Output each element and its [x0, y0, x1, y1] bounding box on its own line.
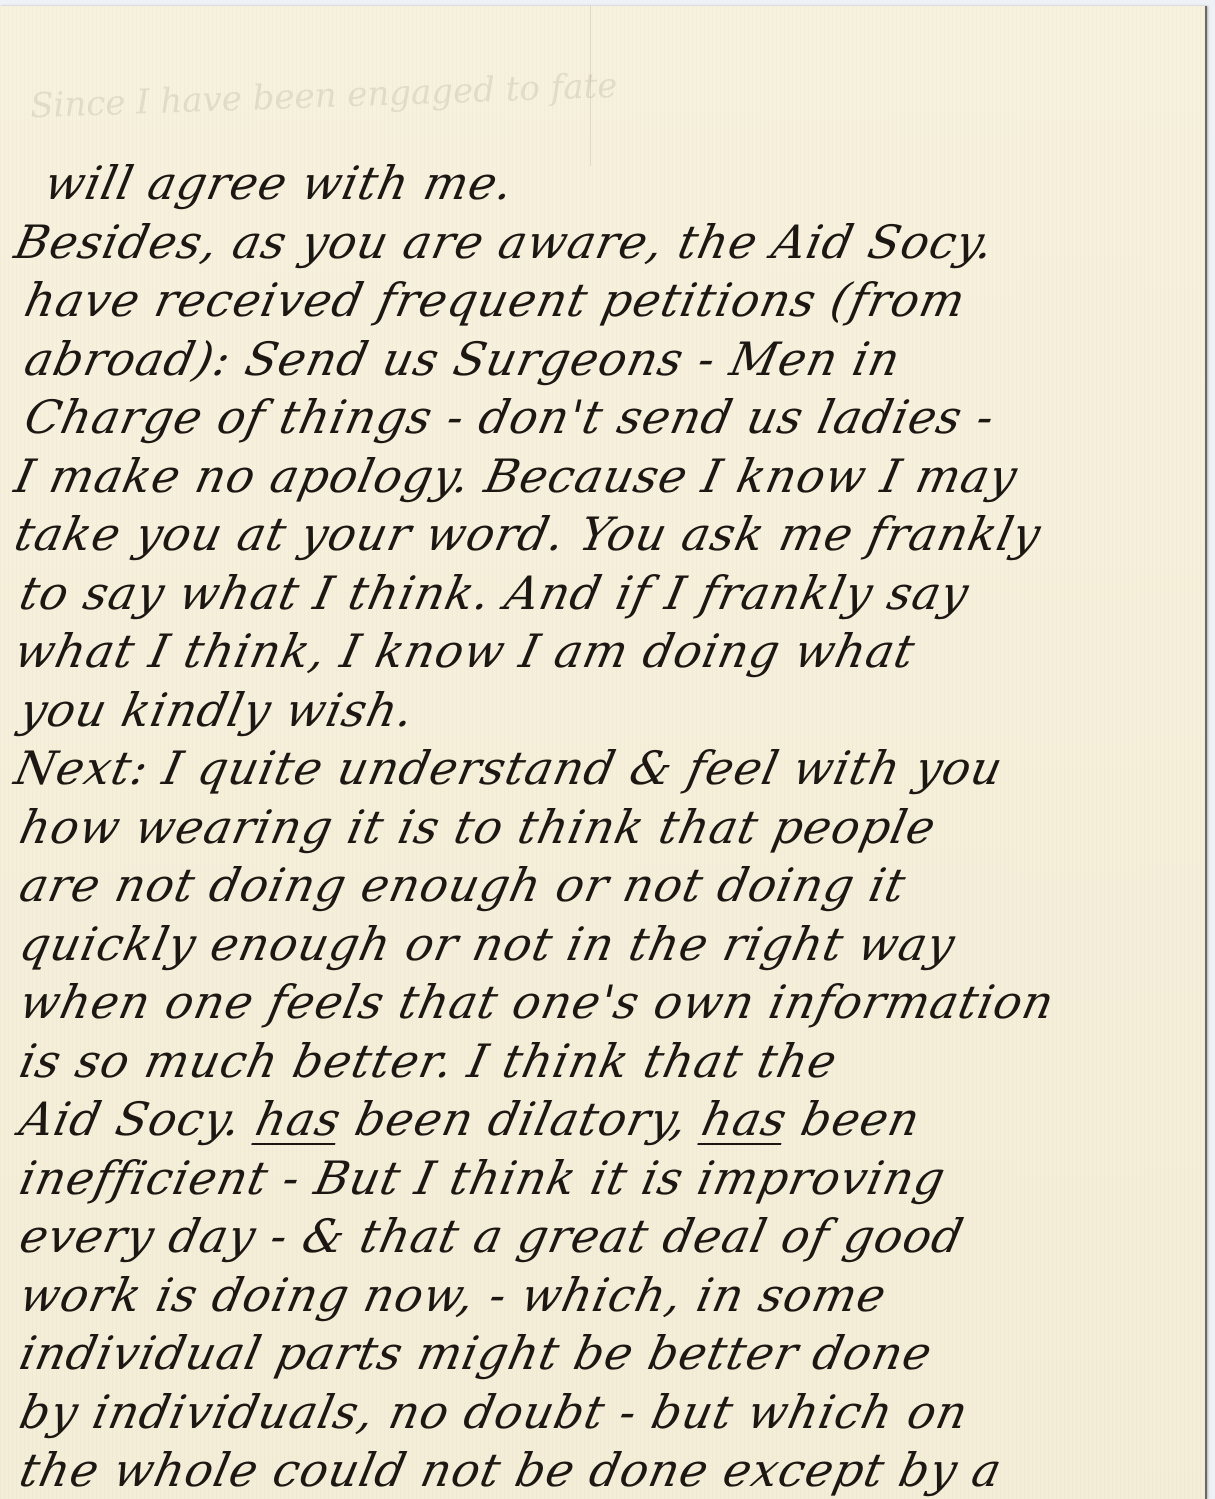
letter-line: you kindly wish.	[15, 683, 419, 737]
line-segment: Aid Socy.	[15, 1092, 263, 1146]
underlined-word: has	[697, 1092, 792, 1146]
letter-line: Aid Socy. has been dilatory, has been	[15, 1092, 925, 1146]
underlined-word: has	[251, 1092, 346, 1146]
letter-line: to say what I think. And if I frankly sa…	[15, 566, 974, 620]
letter-line: is so much better. I think that the	[15, 1034, 842, 1088]
bleed-through-text: Since I have been engaged to fate	[29, 66, 617, 126]
letter-line: when one feels that one's own informatio…	[15, 975, 1060, 1029]
letter-line: Next: I quite understand & feel with you	[10, 741, 1008, 795]
letter-line: how wearing it is to think that people	[15, 800, 941, 854]
line-segment: been	[781, 1092, 926, 1146]
letter-line: what I think, I know I am doing what	[10, 624, 920, 678]
letter-line: every day - & that a great deal of good	[15, 1209, 969, 1263]
letter-line: I make no apology. Because I know I may	[10, 449, 1023, 503]
letter-line: Besides, as you are aware, the Aid Socy.	[10, 215, 999, 269]
letter-line: inefficient - But I think it is improvin…	[15, 1151, 951, 1205]
letter-line: Charge of things - don't send us ladies …	[20, 390, 1000, 444]
letter-line: individual parts might be better done	[15, 1326, 937, 1380]
letter-line: will agree with me.	[40, 156, 519, 210]
letter-line: take you at your word. You ask me frankl…	[10, 507, 1046, 561]
letter-line: quickly enough or not in the right way	[15, 917, 960, 971]
line-segment: been dilatory,	[335, 1092, 709, 1146]
letter-line: abroad): Send us Surgeons - Men in	[20, 332, 906, 386]
letter-line: by individuals, no doubt - but which on	[15, 1385, 973, 1439]
letter-line: are not doing enough or not doing it	[15, 858, 911, 912]
letter-line: the whole could not be done except by a	[15, 1443, 1007, 1497]
letter-line: have received frequent petitions (from	[20, 273, 971, 327]
letter-line: work is doing now, - which, in some	[15, 1268, 892, 1322]
letter-page: Since I have been engaged to fate will a…	[0, 6, 1207, 1499]
